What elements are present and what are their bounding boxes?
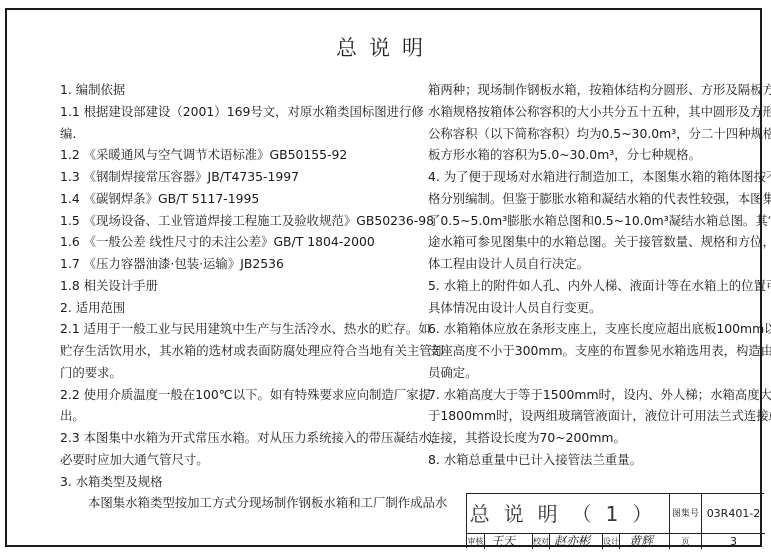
text-line: 板方形水箱的容积为5.0~30.0m³，分七种规格。 [428,144,758,166]
text-line: 格分别编制。但鉴于膨胀水箱和凝结水箱的代表性较强，本图集给出 [428,188,758,210]
text-line: 8. 水箱总重量中已计入接管法兰重量。 [428,449,758,471]
text-line: 水箱规格按箱体公称容积的大小共分五十五种，其中圆形及方形水箱的 [428,101,758,123]
text-line: 贮存生活饮用水，其水箱的选材或表面防腐处理应符合当地有关主管部 [60,340,398,362]
text-line: 途水箱可参见图集中的水箱总图。关于接管数量、规格和方位，根据具 [428,231,758,253]
check-label: 校对 [533,534,550,549]
text-line: 2.3 本图集中水箱为开式常压水箱。对从压力系统接入的带压凝结水， [60,427,398,449]
section-heading: 1. 编制依据 [60,79,398,101]
text-line: 出。 [60,405,398,427]
text-line: 1.5 《现场设备、工业管道焊接工程施工及验收规范》GB50236-98 [60,210,398,232]
atlas-number: 03R401-2 [702,494,765,534]
title-block: 总说明（1） 图集号 03R401-2 审核 王天 校对 赵亦彬 设计 黄辉 页… [466,493,764,548]
text-line: 1.1 根据建设部建设（2001）169号文，对原水箱类国标图进行修 [60,101,398,123]
text-line: 5. 水箱上的附件如人孔、内外人梯、液面计等在水箱上的位置可根据 [428,275,758,297]
text-line: 7. 水箱高度大于等于1500mm时，设内、外人梯；水箱高度大于等 [428,384,758,406]
text-line: 必要时应加大通气管尺寸。 [60,449,398,471]
text-line: 了0.5~5.0m³膨胀水箱总图和0.5~10.0m³凝结水箱总图。其它用 [428,210,758,232]
review-label: 审核 [467,534,485,549]
text-line: 1.8 相关设计手册 [60,275,398,297]
text-line: 本图集水箱类型按加工方式分现场制作钢板水箱和工厂制作成品水 [60,492,398,514]
design-label: 设计 [603,534,620,549]
text-line: 支座高度不小于300mm。支座的布置参见水箱选用表，构造由设计人 [428,340,758,362]
right-column: 箱两种；现场制作钢板水箱，按箱体结构分圆形、方形及隔板方形三种。 水箱规格按箱体… [428,79,758,471]
text-line: 4. 为了便于现场对水箱进行制造加工，本图集水箱的箱体图按不同规 [428,166,758,188]
text-line: 1.3 《钢制焊接常压容器》JB/T4735-1997 [60,166,398,188]
text-line: 具体情况由设计人员自行变更。 [428,297,758,319]
sheet-title: 总说明（1） [467,494,670,534]
left-column: 1. 编制依据 1.1 根据建设部建设（2001）169号文，对原水箱类国标图进… [60,79,398,514]
check-signature: 赵亦彬 [551,534,603,549]
review-signature: 王天 [487,534,533,549]
signature-row: 审核 王天 校对 赵亦彬 设计 黄辉 [467,534,670,549]
text-line: 2.1 适用于一般工业与民用建筑中生产与生活冷水、热水的贮存。如 [60,318,398,340]
text-line: 体工程由设计人员自行决定。 [428,253,758,275]
page-title: 总说明 [0,32,771,62]
text-line: 公称容积（以下简称容积）均为0.5~30.0m³，分二十四种规格；隔 [428,123,758,145]
section-heading: 2. 适用范围 [60,297,398,319]
text-line: 门的要求。 [60,362,398,384]
design-signature: 黄辉 [621,534,669,549]
atlas-number-label: 图集号 [670,494,702,534]
text-line: 1.7 《压力容器油漆·包装·运输》JB2536 [60,253,398,275]
text-line: 箱两种；现场制作钢板水箱，按箱体结构分圆形、方形及隔板方形三种。 [428,79,758,101]
section-heading: 3. 水箱类型及规格 [60,471,398,493]
text-line: 连接，其搭设长度为70~200mm。 [428,427,758,449]
text-line: 编. [60,123,398,145]
text-line: 于1800mm时，设两组玻璃管液面计，液位计可用法兰式连接或丝扣 [428,405,758,427]
page-label: 页 [670,534,702,549]
text-line: 2.2 使用介质温度一般在100℃以下。如有特殊要求应向制造厂家提 [60,384,398,406]
text-line: 1.2 《采暖通风与空气调节术语标准》GB50155-92 [60,144,398,166]
page-number: 3 [702,534,765,549]
text-line: 1.4 《碳钢焊条》GB/T 5117-1995 [60,188,398,210]
text-line: 6. 水箱箱体应放在条形支座上，支座长度应超出底板100mm以上， [428,318,758,340]
text-line: 1.6 《一般公差 线性尺寸的未注公差》GB/T 1804-2000 [60,231,398,253]
text-line: 员确定。 [428,362,758,384]
